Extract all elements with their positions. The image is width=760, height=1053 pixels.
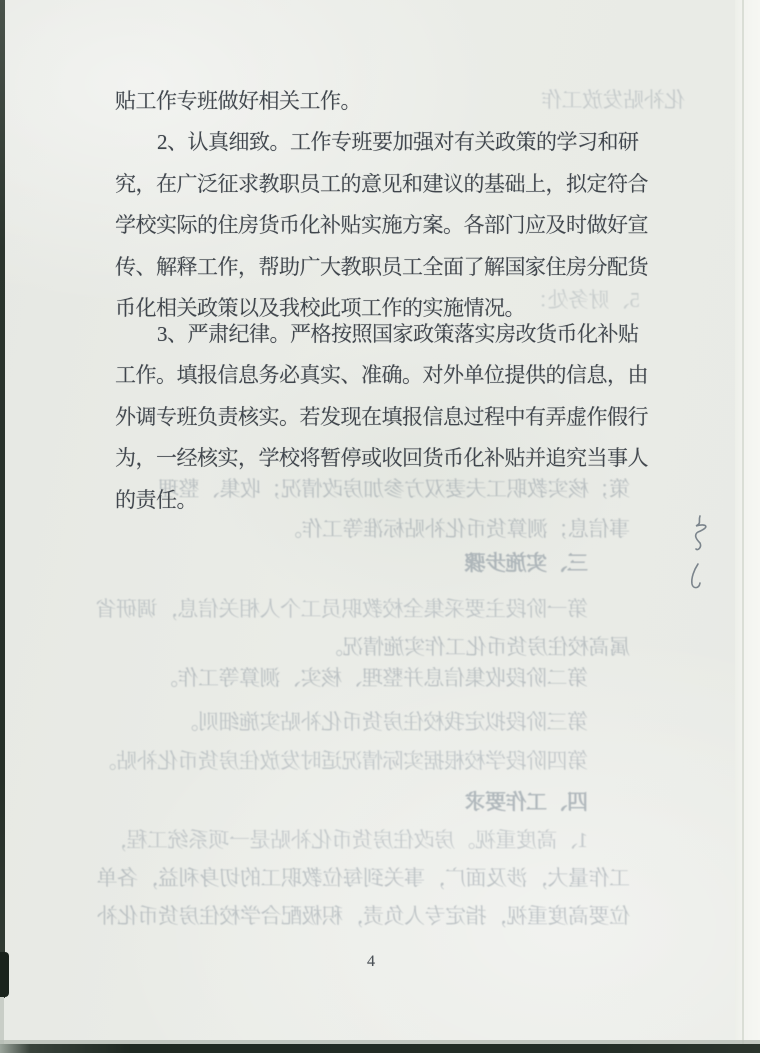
bleedthrough-line: 化补贴发放工作 [542, 88, 686, 112]
bleedthrough-line: 三、实施步骤 [465, 551, 588, 575]
page-edge-right-line [742, 0, 744, 1053]
bleedthrough-line: 四、工作要求 [465, 790, 588, 814]
text-line: 3、严肃纪律。严格按照国家政策落实房改货币化补贴 [157, 322, 639, 346]
text-line: 工作。填报信息务必真实、准确。对外单位提供的信息，由 [115, 363, 648, 387]
bleedthrough-line: 第三阶段拟定我校住房货币化补贴实施细则。 [178, 710, 588, 734]
bleedthrough-line: 第一阶段主要采集全校教职员工个人相关信息，调研省 [96, 597, 588, 621]
bleedthrough-line: 位要高度重视，指定专人负责，积极配合学校住房货币化补 [97, 904, 630, 928]
text-line: 为，一经核实，学校将暂停或收回货币化补贴并追究当事人 [115, 446, 648, 470]
text-line: 贴工作专班做好相关工作。 [115, 89, 361, 113]
scanned-page: 化补贴发放工作5、财务处：策；核实教职工夫妻双方参加房改情况；收集、整理事信息；… [0, 0, 760, 1053]
bleedthrough-line: 第四阶段学校根据实际情况适时发放住房货币化补贴。 [96, 749, 588, 773]
pen-mark-upper [696, 516, 706, 550]
scan-edge-bottom [0, 1044, 760, 1053]
bleedthrough-line: 工作量大，涉及面广，事关到每位教职工的切身利益，各单 [97, 866, 630, 890]
text-line: 的责任。 [115, 488, 197, 512]
page-edge-right [735, 0, 760, 1053]
page-number: 4 [367, 953, 377, 971]
text-line: 传、解释工作，帮助广大教职员工全面了解国家住房分配货 [115, 255, 648, 279]
scan-edge-left [0, 0, 5, 998]
bleedthrough-layer: 化补贴发放工作5、财务处：策；核实教职工夫妻双方参加房改情况；收集、整理事信息；… [0, 0, 745, 1053]
scan-edge-left-lower [0, 997, 4, 1044]
text-line: 学校实际的住房货币化补贴实施方案。各部门应及时做好宣 [115, 213, 648, 237]
pen-marks [684, 512, 718, 597]
bleedthrough-line: 第二阶段收集信息并整理、核实、测算等工作。 [158, 666, 589, 690]
text-line: 外调专班负责核实。若发现在填报信息过程中有弄虚作假行 [115, 405, 648, 429]
bleedthrough-line: 策；核实教职工夫妻双方参加房改情况；收集、整理 [159, 477, 631, 501]
bleedthrough-line: 事信息；测算货币化补贴标准等工作。 [282, 517, 631, 541]
bleedthrough-line: 5、财务处： [528, 288, 641, 312]
text-line: 币化相关政策以及我校此项工作的实施情况。 [115, 296, 525, 320]
scan-edge-left-blob [0, 952, 9, 997]
front-text-layer: 贴工作专班做好相关工作。2、认真细致。工作专班要加强对有关政策的学习和研究，在广… [0, 0, 760, 1053]
text-line: 究，在广泛征求教职员工的意见和建议的基础上，拟定符合 [115, 172, 648, 196]
text-line: 2、认真细致。工作专班要加强对有关政策的学习和研 [157, 130, 639, 154]
pen-mark-lower [692, 564, 700, 588]
bleedthrough-line: 1、高度重视。房改住房货币化补贴是一项系统工程， [107, 828, 589, 852]
bleedthrough-line: 属高校住房货币化工作实施情况。 [323, 635, 631, 659]
